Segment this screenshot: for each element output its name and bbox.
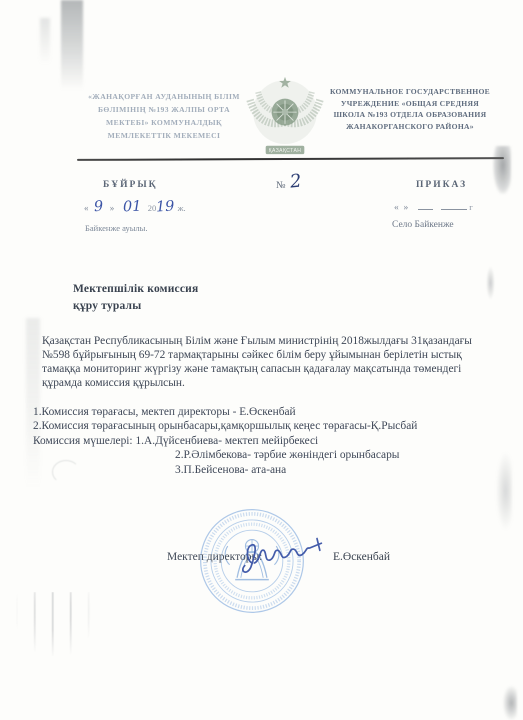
order-body: Қазақстан Республикасының Білім және Ғыл… <box>42 334 521 390</box>
order-label-kazakh: БҰЙРЫҚ <box>103 180 158 190</box>
order-title: Мектепшілік комиссия құру туралы <box>73 281 198 315</box>
date-suffix-ru: г <box>469 202 473 212</box>
body-line: Қазақстан Республикасының Білім және Ғыл… <box>42 334 521 348</box>
commission-item: 2.Комиссия төрағасының орынбасары,қамқор… <box>33 419 417 433</box>
org-name-russian: Коммунальное государственное учреждение … <box>310 86 510 132</box>
handwritten-month: 01 <box>123 199 142 216</box>
scan-artifact-streak <box>61 0 83 90</box>
org-name-ru-line: школа №193 отдела образования <box>310 109 510 121</box>
date-suffix-kk: ж. <box>178 203 186 213</box>
order-date-russian-blank: « »г <box>394 200 473 213</box>
handwritten-year: 19 <box>156 199 175 216</box>
order-title-line2: құру туралы <box>73 298 198 315</box>
order-number-handwritten: 2 <box>289 170 303 192</box>
order-date-kazakh: «9»012019ж. <box>84 199 186 215</box>
place-name-russian: Село Байкенже <box>392 220 454 230</box>
org-name-kk-line: мектебі» коммуналдық <box>66 116 262 129</box>
signature-name: Е.Өскенбай <box>333 551 390 563</box>
open-quote: « <box>84 203 89 213</box>
close-quote: » <box>110 203 115 213</box>
scan-artifact-smudge <box>486 266 495 300</box>
org-name-ru-line: учреждение «Общая средняя <box>310 98 510 110</box>
scanned-document-page: «Жанақорған ауданының білім бөлімінің №1… <box>0 0 523 720</box>
scan-artifact-smudge <box>503 686 517 720</box>
body-line: №598 бұйрығының 69-72 тармақтарыны сәйке… <box>42 348 521 362</box>
scan-artifact-marks <box>16 592 94 656</box>
close-quote: » <box>404 203 409 213</box>
open-quote: « <box>394 203 399 213</box>
handwritten-day: 9 <box>93 199 103 216</box>
scan-artifact-smudge <box>496 452 512 530</box>
scan-artifact-smudge <box>493 146 511 194</box>
order-title-line1: Мектепшілік комиссия <box>73 281 198 298</box>
commission-item: 2.Р.Әлімбекова- тәрбие жөніндегі орынбас… <box>175 448 417 462</box>
place-name-kazakh: Байкенже ауылы. <box>85 223 147 233</box>
scan-artifact-streak <box>40 18 50 64</box>
org-name-ru-line: Коммунальное государственное <box>310 86 510 98</box>
org-name-ru-line: Жанакорганского района» <box>310 121 510 133</box>
commission-item: 1.Комиссия төрағасы, мектеп директоры - … <box>33 405 417 419</box>
blank-month-line <box>441 200 467 210</box>
order-number-sign: № <box>276 180 286 191</box>
org-name-kazakh: «Жанақорған ауданының білім бөлімінің №1… <box>66 90 262 142</box>
org-name-kk-line: мемлекеттік мекемесі <box>66 129 262 142</box>
order-label-russian: ПРИКАЗ <box>416 180 467 190</box>
commission-item: 3.П.Бейсенова- ата-ана <box>175 463 417 477</box>
commission-item: Комиссия мүшелері: 1.А.Дүйсенбиева- мект… <box>33 434 417 448</box>
emblem-shanyrak <box>272 99 299 126</box>
blank-day-line <box>418 200 433 210</box>
commission-list: 1.Комиссия төрағасы, мектеп директоры - … <box>33 405 417 477</box>
director-signature <box>236 533 328 575</box>
emblem-banner-text: ҚАЗАҚСТАН <box>269 148 302 154</box>
org-name-kk-line: «Жанақорған ауданының білім <box>66 90 262 103</box>
org-name-kk-line: бөлімінің №193 жалпы орта <box>66 103 262 116</box>
body-line: тамаққа мониторинг жүргізу және тамақтың… <box>42 362 521 376</box>
body-line: құрамда комиссия құрылсын. <box>42 376 521 390</box>
